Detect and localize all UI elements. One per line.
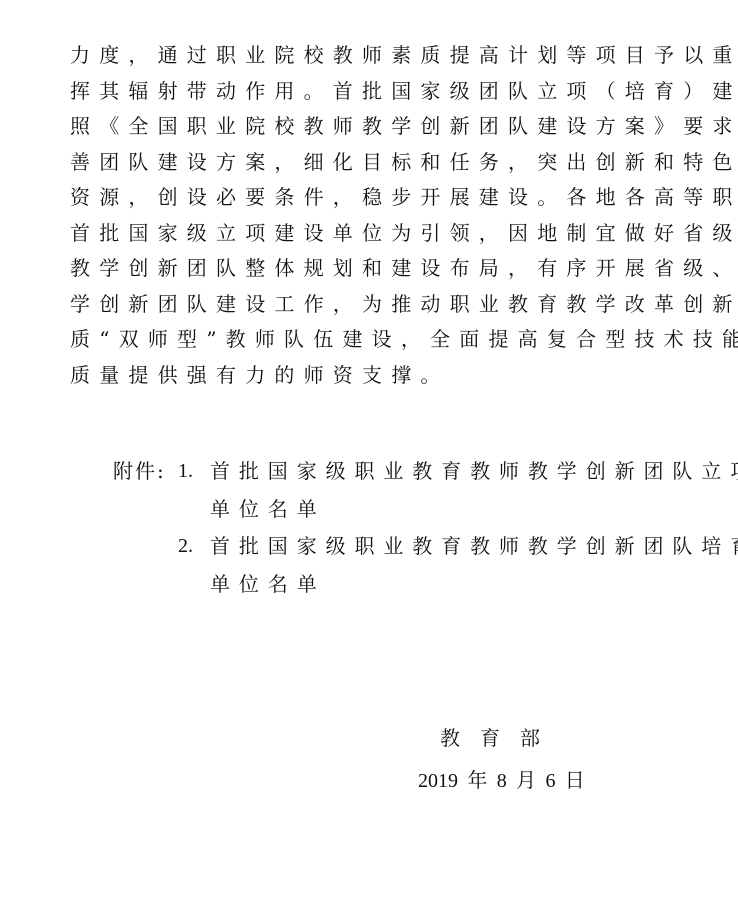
paragraph-line: 质“双师型”教师队伍建设，全面提高复合型技术技能人才培养 <box>70 322 670 358</box>
paragraph-line: 力度，通过职业院校教师素质提高计划等项目予以重点支持，发 <box>70 38 670 74</box>
issue-date: 2019 年 8 月 6 日 <box>418 764 585 793</box>
paragraph-line: 挥其辐射带动作用。首批国家级团队立项（培育）建设单位要按 <box>70 74 670 110</box>
date-day-unit: 日 <box>565 768 585 792</box>
date-year-unit: 年 <box>467 768 487 792</box>
paragraph-line: 善团队建设方案，细化目标和任务，突出创新和特色，整合优质 <box>70 145 670 181</box>
paragraph-line: 照《全国职业院校教师教学创新团队建设方案》要求，进一步完 <box>70 109 670 145</box>
attachment-title-line: 单位名单 <box>210 566 326 604</box>
attachment-number: 2. <box>178 528 193 566</box>
attachment-title-line: 单位名单 <box>210 491 326 529</box>
date-month: 8 <box>497 770 507 792</box>
attachment-item-2-continued: 单位名单 <box>113 566 693 604</box>
body-paragraph: 力度，通过职业院校教师素质提高计划等项目予以重点支持，发 挥其辐射带动作用。首批… <box>70 38 670 393</box>
attachment-title-line: 首批国家级职业教育教师教学创新团队培育建设 <box>210 528 738 566</box>
paragraph-line: 资源，创设必要条件，稳步开展建设。各地各高等职业学校要以 <box>70 180 670 216</box>
date-day: 6 <box>545 770 555 792</box>
attachments-label: 附件: <box>113 453 166 491</box>
attachment-number: 1. <box>178 453 193 491</box>
paragraph-line: 学创新团队建设工作，为推动职业教育教学改革创新，加强高素 <box>70 287 670 323</box>
paragraph-line: 质量提供强有力的师资支撑。 <box>70 358 670 394</box>
attachment-item-1: 附件: 1. 首批国家级职业教育教师教学创新团队立项建设 <box>113 453 693 491</box>
attachment-title-line: 首批国家级职业教育教师教学创新团队立项建设 <box>210 453 738 491</box>
issuer-signature: 教育部 <box>440 722 560 751</box>
attachments-list: 附件: 1. 首批国家级职业教育教师教学创新团队立项建设 单位名单 2. 首批国… <box>113 453 693 603</box>
attachment-item-1-continued: 单位名单 <box>113 491 693 529</box>
paragraph-line: 首批国家级立项建设单位为引领，因地制宜做好省级、校级教师 <box>70 216 670 252</box>
date-year: 2019 <box>418 770 458 792</box>
paragraph-line: 教学创新团队整体规划和建设布局，有序开展省级、校级教师教 <box>70 251 670 287</box>
date-month-unit: 月 <box>516 768 536 792</box>
document-page: 力度，通过职业院校教师素质提高计划等项目予以重点支持，发 挥其辐射带动作用。首批… <box>0 0 738 900</box>
attachment-item-2: 2. 首批国家级职业教育教师教学创新团队培育建设 <box>113 528 693 566</box>
